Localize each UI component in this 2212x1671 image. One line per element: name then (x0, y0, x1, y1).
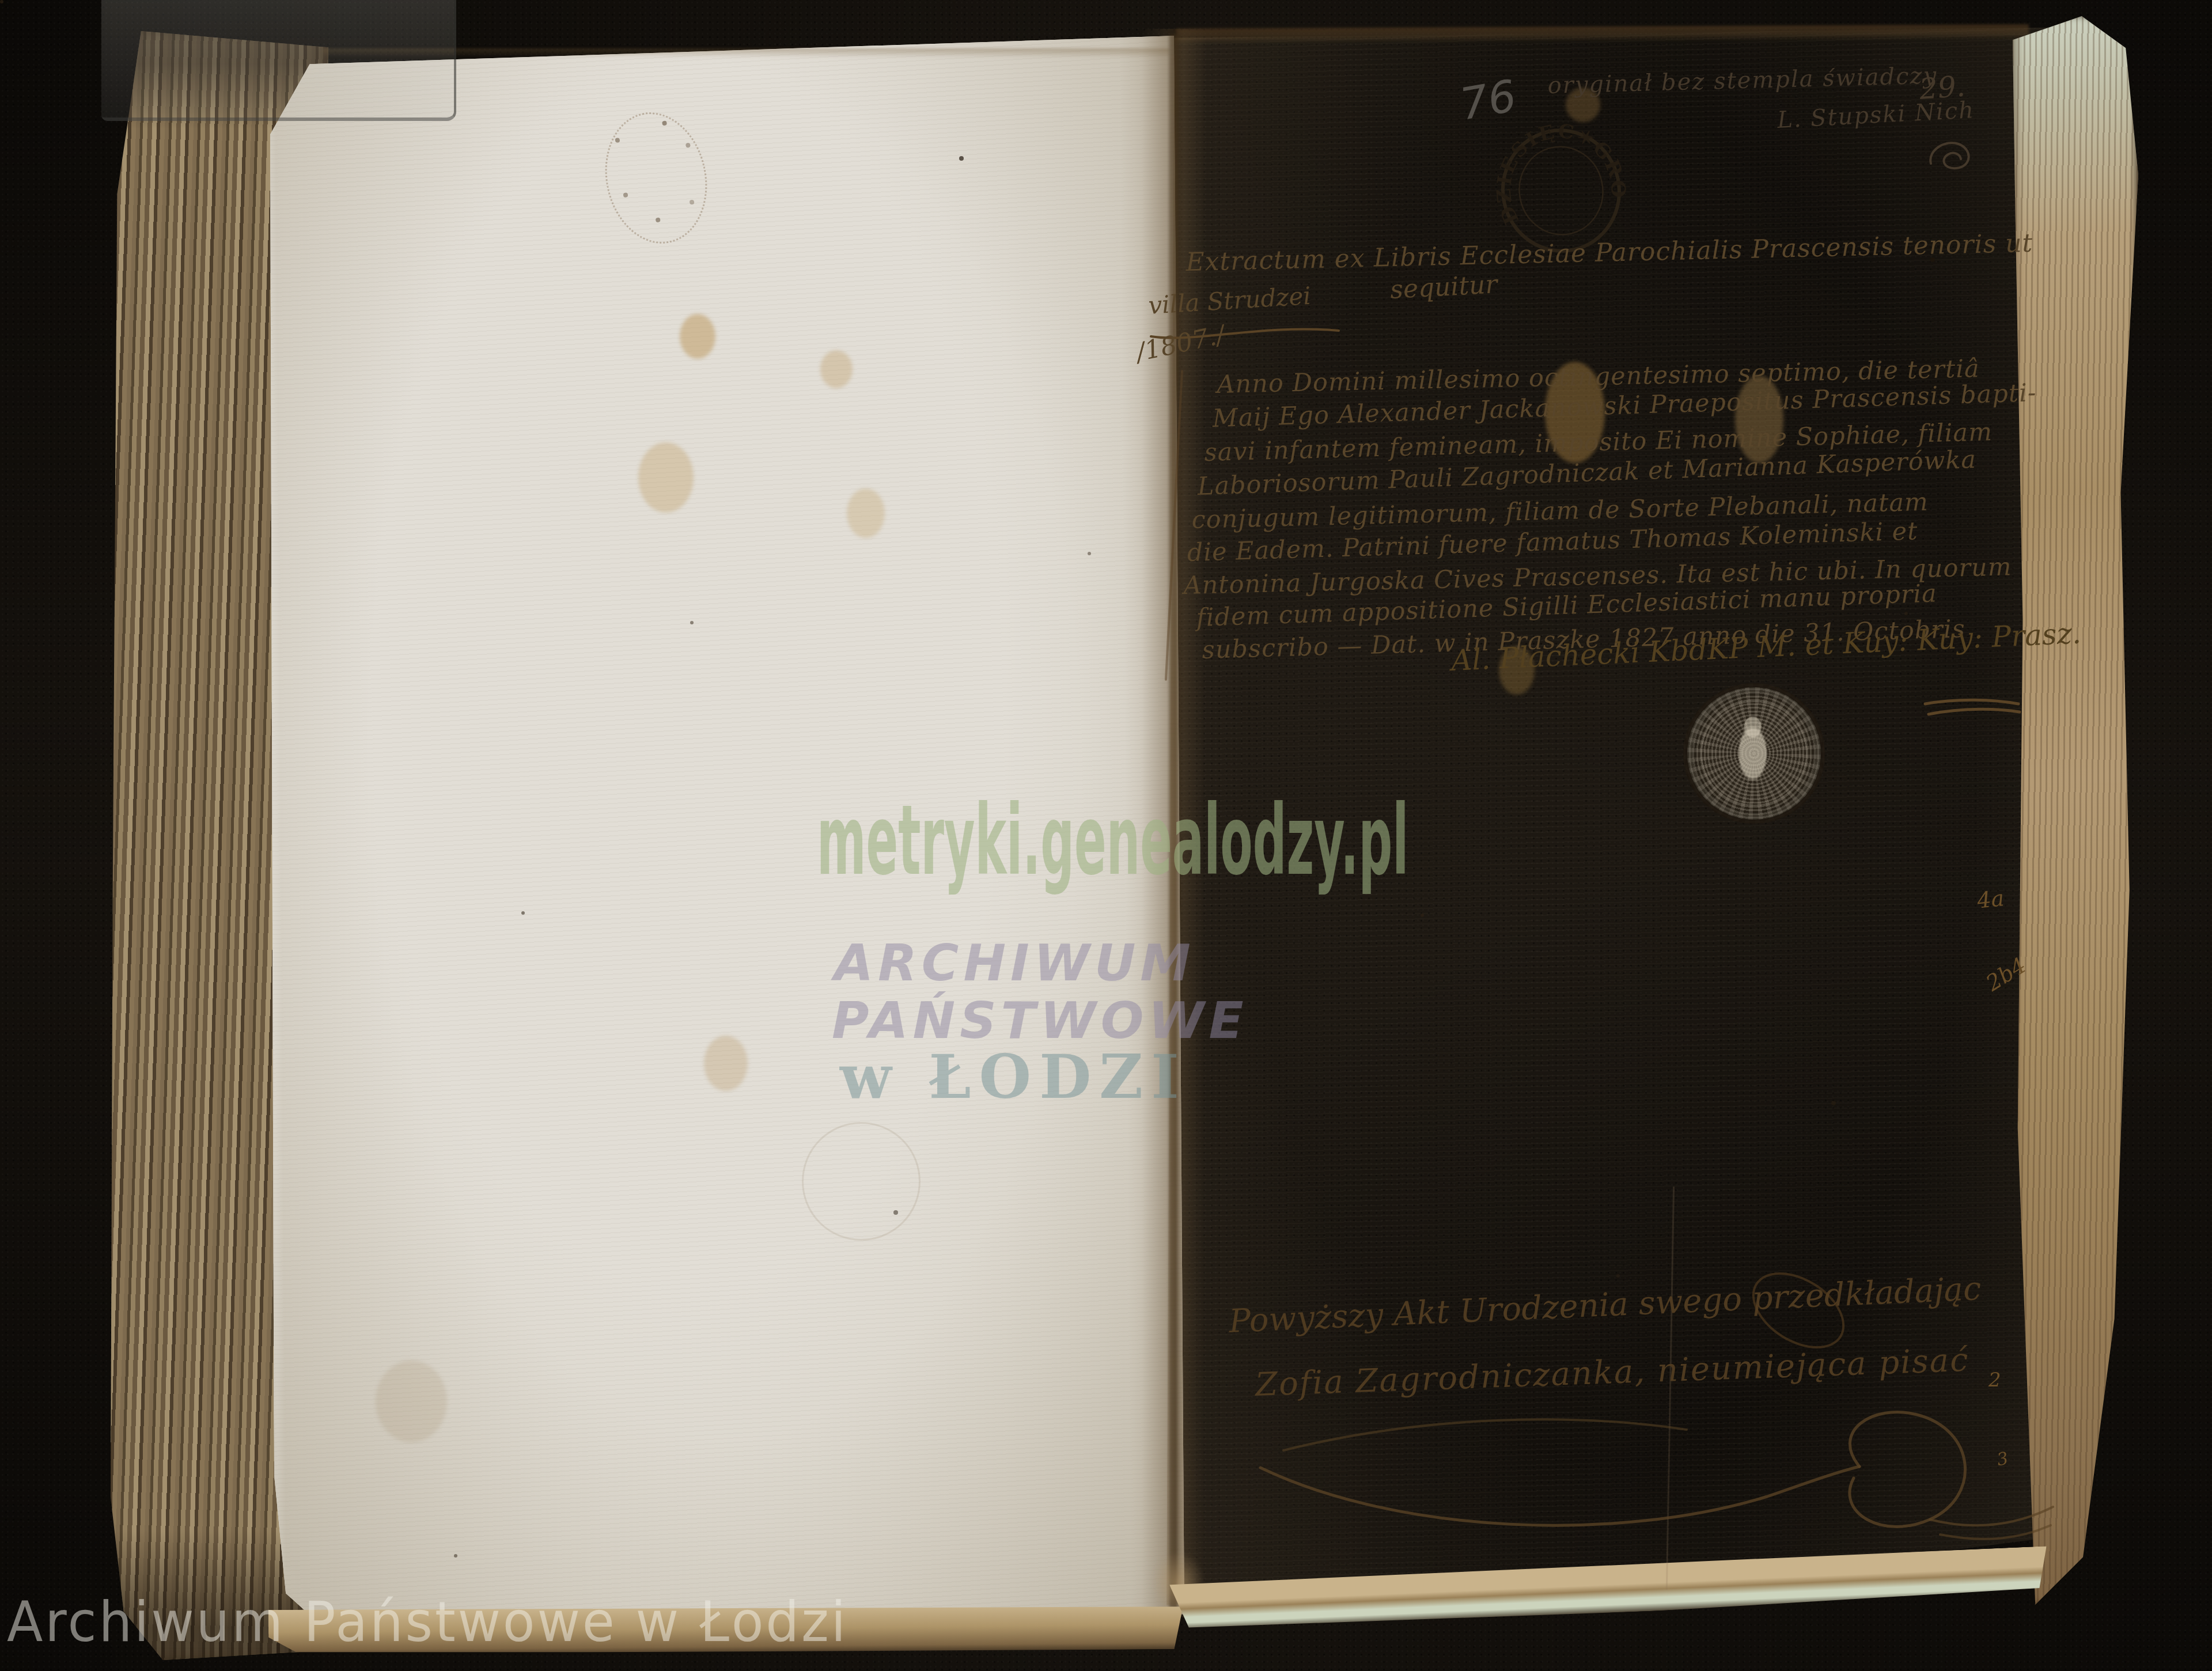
pencil-page-number: 76 (1456, 70, 1520, 130)
paper-stain (847, 488, 885, 538)
paper-specks (0, 0, 3, 3)
edge-mark: 2 (1988, 1369, 2001, 1392)
closing-flourish (1249, 1399, 2055, 1554)
blind-embossed-circle (802, 1122, 921, 1241)
site-watermark: metryki.genealodzy.pl (817, 785, 1408, 897)
paper-stain (638, 442, 694, 513)
church-seal (1683, 683, 1825, 824)
paper-stain (704, 1036, 748, 1091)
latin-heading-line2: sequitur (1389, 270, 1498, 305)
paper-stain (680, 314, 715, 359)
plastic-page-clip (101, 0, 456, 121)
archive-watermark-line3: w ŁODZI (840, 1041, 1187, 1112)
paper-stain (376, 1361, 447, 1442)
signature-underline (1923, 698, 2024, 721)
paper-stain (820, 350, 853, 388)
paraph-flourish (1923, 134, 1992, 180)
edge-mark: 4a (1976, 885, 2005, 914)
bottom-watermark: Archiwum Państwowe w Łodzi (7, 1590, 848, 1654)
archive-watermark-line1: ARCHIWUM (834, 933, 1195, 992)
